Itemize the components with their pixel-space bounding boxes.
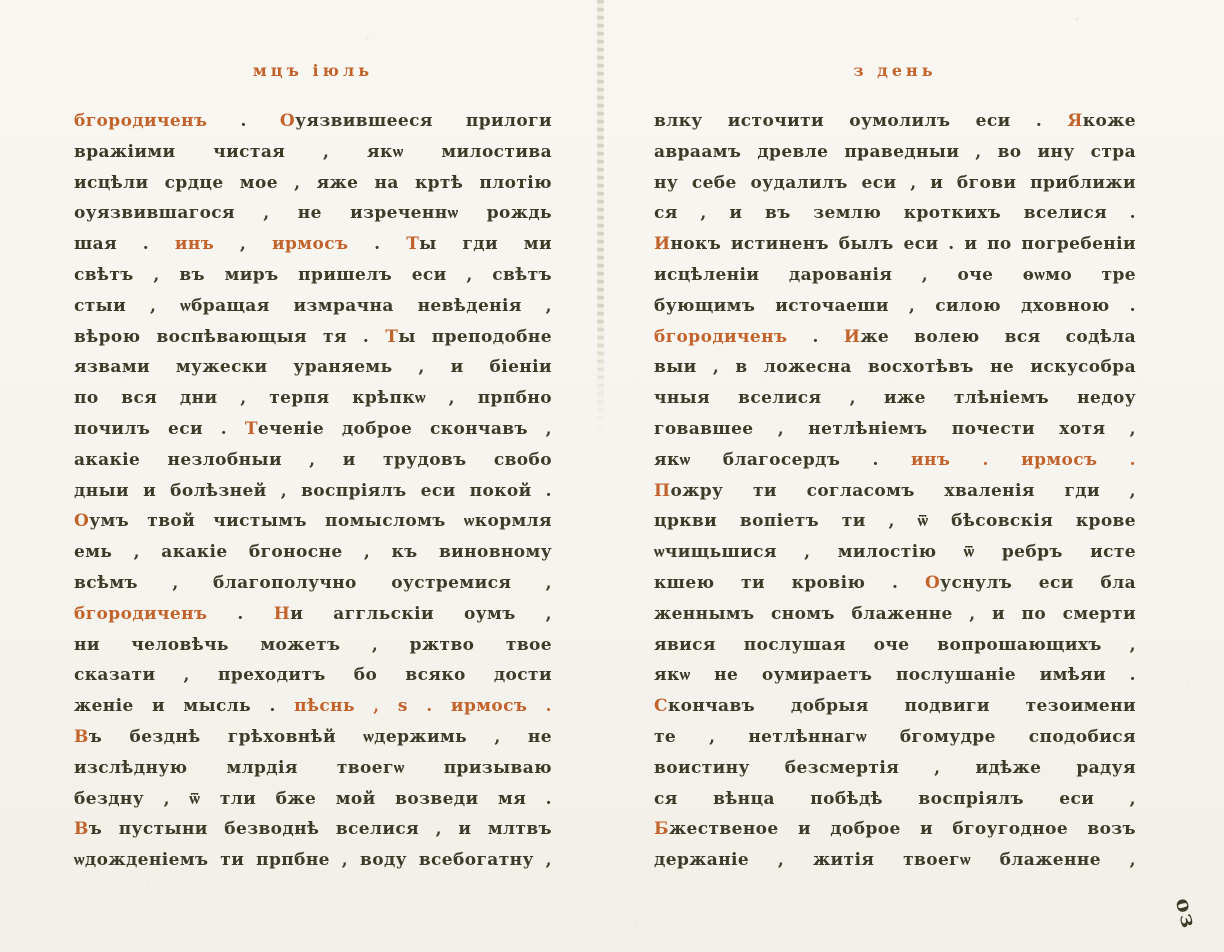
text-line: ся вѣнца побѣдѣ воспріялъ еси , xyxy=(654,784,1136,815)
text-line: Пожру ти согласомъ хваленія гди , xyxy=(654,476,1136,507)
body-text: умъ твой чистымъ помысломъ ѡкормля xyxy=(89,511,552,531)
body-text: ъ пустыни безводнѣ вселися , и млтвъ xyxy=(89,819,552,839)
text-line: бгородиченъ . Оуязвившееся прилоги xyxy=(74,106,552,137)
rubric-text: Б xyxy=(654,819,669,839)
body-text: язвами мужески ураняемь , и біеніи xyxy=(74,357,552,377)
text-line: емь , акакіе бгоносне , къ виновному xyxy=(74,537,552,568)
body-text: почилъ еси . xyxy=(74,419,245,439)
body-text: . xyxy=(348,234,406,254)
binding-gutter xyxy=(597,0,604,440)
body-text: бующимъ источаеши , силою дховною . xyxy=(654,296,1136,316)
text-line: сказати , преходитъ бо всяко дости xyxy=(74,660,552,691)
body-text: воистину безсмертія , идѣже радуя xyxy=(654,758,1136,778)
right-running-title: з день xyxy=(654,58,1136,84)
left-page: мцъ іюль бгородиченъ . Оуязвившееся прил… xyxy=(74,58,552,876)
body-text: . xyxy=(207,111,279,131)
right-page: з день влку источити оумолилъ еси . Якож… xyxy=(654,58,1136,876)
text-line: язвами мужески ураняемь , и біеніи xyxy=(74,352,552,383)
text-line: Скончавъ добрыя подвиги тезоимени xyxy=(654,691,1136,722)
text-line: влку источити оумолилъ еси . Якоже xyxy=(654,106,1136,137)
text-line: исцѣли срдце мое , яже на кртѣ плотію xyxy=(74,168,552,199)
body-text: бездну , ѿ тли бже мой возведи мя . xyxy=(74,789,552,809)
text-line: вѣрою воспѣвающыя тя . Ты преподобне xyxy=(74,322,552,353)
body-text: акакіе незлобныи , и трудовъ свобо xyxy=(74,450,552,470)
text-line: ѡчищьшися , милостію ѿ ребръ исте xyxy=(654,537,1136,568)
text-line: всѣмъ , благополучно оустремися , xyxy=(74,568,552,599)
text-line: женіе и мысль . пѣснь , ѕ . ирмосъ . xyxy=(74,691,552,722)
body-text: исцѣленіи дарованія , оче ѳѡмо тре xyxy=(654,265,1136,285)
rubric-text: бгородиченъ xyxy=(654,327,787,347)
rubric-text: О xyxy=(925,573,940,593)
body-text: вѣрою воспѣвающыя тя . xyxy=(74,327,385,347)
rubric-text: Н xyxy=(274,604,290,624)
rubric-text: О xyxy=(74,511,89,531)
text-line: держаніе , житія твоегѡ блаженне , xyxy=(654,845,1136,876)
body-text: же волею вся содѣла xyxy=(860,327,1136,347)
body-text: чныя вселися , иже тлѣніемъ недоу xyxy=(654,388,1136,408)
body-text: нокъ истиненъ былъ еси . и по погребеніи xyxy=(670,234,1136,254)
body-text: коже xyxy=(1083,111,1136,131)
body-text: стыи , ѡбращая измрачна невѣденія , xyxy=(74,296,552,316)
text-line: почилъ еси . Теченіе доброе скончавъ , xyxy=(74,414,552,445)
body-text: якѡ благосердъ . xyxy=(654,450,911,470)
text-line: бездну , ѿ тли бже мой возведи мя . xyxy=(74,784,552,815)
body-text: говавшее , нетлѣніемъ почести хотя , xyxy=(654,419,1136,439)
body-text: сказати , преходитъ бо всяко дости xyxy=(74,665,552,685)
body-text: кшею ти кровію . xyxy=(654,573,925,593)
body-text: держаніе , житія твоегѡ блаженне , xyxy=(654,850,1136,870)
rubric-text: О xyxy=(280,111,295,131)
body-text: те , нетлѣннагѡ бгомудре сподобися xyxy=(654,727,1136,747)
text-line: авраамъ древле праведныи , во ину стра xyxy=(654,137,1136,168)
body-text: уснулъ еси бла xyxy=(940,573,1136,593)
body-text: кончавъ добрыя подвиги тезоимени xyxy=(668,696,1136,716)
rubric-text: инъ xyxy=(175,234,214,254)
text-line: ну себе оудалилъ еси , и бгови приближи xyxy=(654,168,1136,199)
body-text: всѣмъ , благополучно оустремися , xyxy=(74,573,552,593)
rubric-text: ирмосъ xyxy=(272,234,348,254)
body-text: ну себе оудалилъ еси , и бгови приближи xyxy=(654,173,1136,193)
text-line: говавшее , нетлѣніемъ почести хотя , xyxy=(654,414,1136,445)
text-line: дныи и болѣзней , воспріялъ еси покой . xyxy=(74,476,552,507)
body-text: вражіими чистая , якѡ милостива xyxy=(74,142,552,162)
text-line: оуязвившагося , не изреченнѡ рождь xyxy=(74,198,552,229)
body-text: авраамъ древле праведныи , во ину стра xyxy=(654,142,1136,162)
body-text: цркви вопіетъ ти , ѿ бѣсовскія крове xyxy=(654,511,1136,531)
body-text: якѡ не оумираетъ послушаніе имѣяи . xyxy=(654,665,1136,685)
body-text: влку источити оумолилъ еси . xyxy=(654,111,1067,131)
text-line: якѡ благосердъ . инъ . ирмосъ . xyxy=(654,445,1136,476)
text-line: бгородиченъ . Ни аггльскіи оумъ , xyxy=(74,599,552,630)
body-text: ся , и въ землю кроткихъ вселися . xyxy=(654,203,1136,223)
text-line: женнымъ сномъ блаженне , и по смерти xyxy=(654,599,1136,630)
text-line: по вся дни , терпя крѣпкѡ , прпбно xyxy=(74,383,552,414)
text-line: свѣтъ , въ миръ пришелъ еси , свѣтъ xyxy=(74,260,552,291)
text-line: явися послушая оче вопрошающихъ , xyxy=(654,630,1136,661)
left-text-block: бгородиченъ . Оуязвившееся прилогивражіи… xyxy=(74,106,552,876)
body-text: уязвившееся прилоги xyxy=(295,111,552,131)
body-text: ѡдожденіемъ ти прпбне , воду всебогатну … xyxy=(74,850,552,870)
text-line: изслѣдную млрдія твоегѡ призываю xyxy=(74,753,552,784)
rubric-text: Т xyxy=(406,234,419,254)
rubric-text: пѣснь , ѕ . ирмосъ . xyxy=(294,696,552,716)
rubric-text: Т xyxy=(385,327,398,347)
text-line: исцѣленіи дарованія , оче ѳѡмо тре xyxy=(654,260,1136,291)
text-line: вражіими чистая , якѡ милостива xyxy=(74,137,552,168)
text-line: стыи , ѡбращая измрачна невѣденія , xyxy=(74,291,552,322)
body-text: ѡчищьшися , милостію ѿ ребръ исте xyxy=(654,542,1136,562)
rubric-text: Я xyxy=(1067,111,1082,131)
text-line: Бжественое и доброе и бгоугодное возъ xyxy=(654,814,1136,845)
body-text: жественое и доброе и бгоугодное возъ xyxy=(669,819,1136,839)
text-line: акакіе незлобныи , и трудовъ свобо xyxy=(74,445,552,476)
body-text: ся вѣнца побѣдѣ воспріялъ еси , xyxy=(654,789,1136,809)
body-text: исцѣли срдце мое , яже на кртѣ плотію xyxy=(74,173,552,193)
book-spread: мцъ іюль бгородиченъ . Оуязвившееся прил… xyxy=(0,0,1224,952)
text-line: Въ безднѣ грѣховнѣй ѡдержимь , не xyxy=(74,722,552,753)
body-text: оуязвившагося , не изреченнѡ рождь xyxy=(74,203,552,223)
body-text: свѣтъ , въ миръ пришелъ еси , свѣтъ xyxy=(74,265,552,285)
text-line: выи , в ложесна восхотѣвъ не искусобра xyxy=(654,352,1136,383)
text-line: шая . инъ , ирмосъ . Ты гди ми xyxy=(74,229,552,260)
rubric-text: бгородиченъ xyxy=(74,604,207,624)
body-text: шая . xyxy=(74,234,175,254)
text-line: якѡ не оумираетъ послушаніе имѣяи . xyxy=(654,660,1136,691)
text-line: те , нетлѣннагѡ бгомудре сподобися xyxy=(654,722,1136,753)
rubric-text: Т xyxy=(245,419,258,439)
body-text: ожру ти согласомъ хваленія гди , xyxy=(670,481,1136,501)
right-text-block: влку источити оумолилъ еси . Якожеавраам… xyxy=(654,106,1136,876)
rubric-text: В xyxy=(74,727,89,747)
body-text: дныи и болѣзней , воспріялъ еси покой . xyxy=(74,481,552,501)
text-line: цркви вопіетъ ти , ѿ бѣсовскія крове xyxy=(654,506,1136,537)
body-text: . xyxy=(207,604,273,624)
body-text: выи , в ложесна восхотѣвъ не искусобра xyxy=(654,357,1136,377)
left-running-title: мцъ іюль xyxy=(74,58,552,84)
text-line: бующимъ источаеши , силою дховною . xyxy=(654,291,1136,322)
text-line: Оумъ твой чистымъ помысломъ ѡкормля xyxy=(74,506,552,537)
text-line: ся , и въ землю кроткихъ вселися . xyxy=(654,198,1136,229)
body-text: еченіе доброе скончавъ , xyxy=(258,419,552,439)
text-line: Въ пустыни безводнѣ вселися , и млтвъ xyxy=(74,814,552,845)
text-line: ѡдожденіемъ ти прпбне , воду всебогатну … xyxy=(74,845,552,876)
rubric-text: П xyxy=(654,481,670,501)
rubric-text: С xyxy=(654,696,668,716)
body-text: женнымъ сномъ блаженне , и по смерти xyxy=(654,604,1136,624)
body-text: ы гди ми xyxy=(419,234,552,254)
text-line: воистину безсмертія , идѣже радуя xyxy=(654,753,1136,784)
text-line: чныя вселися , иже тлѣніемъ недоу xyxy=(654,383,1136,414)
quire-signature-mark: оз xyxy=(1170,895,1202,932)
rubric-text: инъ . ирмосъ . xyxy=(911,450,1136,470)
body-text: и аггльскіи оумъ , xyxy=(290,604,552,624)
text-line: кшею ти кровію . Оуснулъ еси бла xyxy=(654,568,1136,599)
text-line: бгородиченъ . Иже волею вся содѣла xyxy=(654,322,1136,353)
body-text: явися послушая оче вопрошающихъ , xyxy=(654,635,1136,655)
body-text: ы преподобне xyxy=(398,327,552,347)
body-text: емь , акакіе бгоносне , къ виновному xyxy=(74,542,552,562)
rubric-text: В xyxy=(74,819,89,839)
body-text: изслѣдную млрдія твоегѡ призываю xyxy=(74,758,552,778)
rubric-text: бгородиченъ xyxy=(74,111,207,131)
text-line: ни человѣчь можетъ , ржтво твое xyxy=(74,630,552,661)
rubric-text: И xyxy=(844,327,860,347)
body-text: . xyxy=(787,327,843,347)
body-text: женіе и мысль . xyxy=(74,696,294,716)
rubric-text: И xyxy=(654,234,670,254)
body-text: , xyxy=(214,234,272,254)
body-text: ъ безднѣ грѣховнѣй ѡдержимь , не xyxy=(89,727,552,747)
body-text: по вся дни , терпя крѣпкѡ , прпбно xyxy=(74,388,552,408)
body-text: ни человѣчь можетъ , ржтво твое xyxy=(74,635,552,655)
text-line: Инокъ истиненъ былъ еси . и по погребені… xyxy=(654,229,1136,260)
